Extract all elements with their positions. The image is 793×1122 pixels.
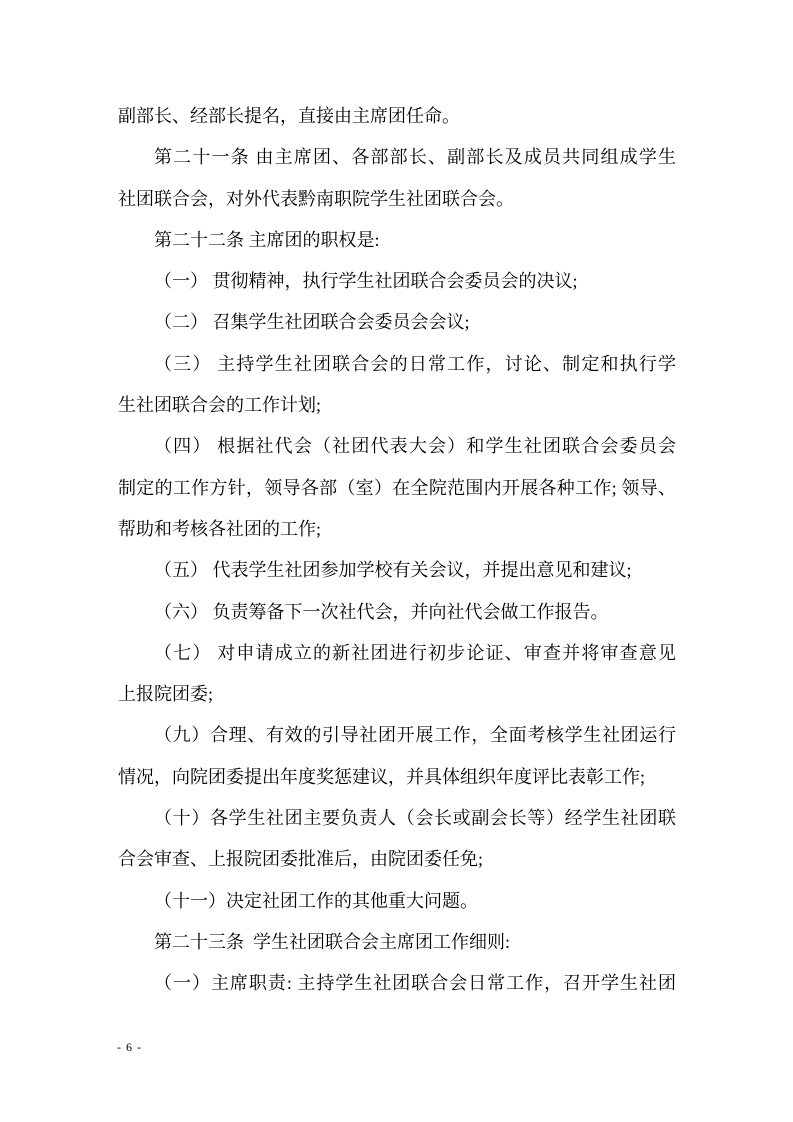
text-line: （一） 贯彻精神，执行学生社团联合会委员会的决议; bbox=[118, 261, 676, 302]
paragraph: 第二十一条 由主席团、各部部长、副部长及成员共同组成学生社团联合会，对外代表黔南… bbox=[118, 137, 676, 220]
text-line: （二） 召集学生社团联合会委员会会议; bbox=[118, 302, 676, 343]
text-line: 情况，向院团委提出年度奖惩建议，并具体组织年度评比表彰工作; bbox=[118, 757, 676, 798]
text-line: 第二十三条 学生社团联合会主席团工作细则: bbox=[118, 922, 676, 963]
paragraph: （九）合理、有效的引导社团开展工作，全面考核学生社团运行情况，向院团委提出年度奖… bbox=[118, 715, 676, 798]
paragraph: （三） 主持学生社团联合会的日常工作，讨论、制定和执行学生社团联合会的工作计划; bbox=[118, 344, 676, 427]
text-line: （一）主席职责: 主持学生社团联合会日常工作，召开学生社团 bbox=[118, 963, 676, 1004]
document-body: 副部长、经部长提名，直接由主席团任命。第二十一条 由主席团、各部部长、副部长及成… bbox=[118, 96, 676, 1005]
paragraph: （六） 负责筹备下一次社代会，并向社代会做工作报告。 bbox=[118, 592, 676, 633]
paragraph: （十）各学生社团主要负责人（会长或副会长等）经学生社团联合会审查、上报院团委批准… bbox=[118, 798, 676, 881]
paragraph: （五） 代表学生社团参加学校有关会议，并提出意见和建议; bbox=[118, 550, 676, 591]
paragraph: 第二十二条 主席团的职权是: bbox=[118, 220, 676, 261]
text-line: （十）各学生社团主要负责人（会长或副会长等）经学生社团联 bbox=[118, 798, 676, 839]
text-line: 制定的工作方针，领导各部（室）在全院范围内开展各种工作; 领导、 bbox=[118, 468, 676, 509]
paragraph: （二） 召集学生社团联合会委员会会议; bbox=[118, 302, 676, 343]
text-line: 帮助和考核各社团的工作; bbox=[118, 509, 676, 550]
paragraph: 第二十三条 学生社团联合会主席团工作细则: bbox=[118, 922, 676, 963]
text-line: （七） 对申请成立的新社团进行初步论证、审查并将审查意见 bbox=[118, 633, 676, 674]
text-line: 第二十一条 由主席团、各部部长、副部长及成员共同组成学生 bbox=[118, 137, 676, 178]
text-line: 社团联合会，对外代表黔南职院学生社团联合会。 bbox=[118, 179, 676, 220]
paragraph: （一） 贯彻精神，执行学生社团联合会委员会的决议; bbox=[118, 261, 676, 302]
document-page: 副部长、经部长提名，直接由主席团任命。第二十一条 由主席团、各部部长、副部长及成… bbox=[0, 0, 793, 1122]
text-line: （四） 根据社代会（社团代表大会）和学生社团联合会委员会 bbox=[118, 426, 676, 467]
text-line: （三） 主持学生社团联合会的日常工作，讨论、制定和执行学 bbox=[118, 344, 676, 385]
text-line: 生社团联合会的工作计划; bbox=[118, 385, 676, 426]
text-line: （六） 负责筹备下一次社代会，并向社代会做工作报告。 bbox=[118, 592, 676, 633]
paragraph: 副部长、经部长提名，直接由主席团任命。 bbox=[118, 96, 676, 137]
paragraph: （四） 根据社代会（社团代表大会）和学生社团联合会委员会制定的工作方针，领导各部… bbox=[118, 426, 676, 550]
text-line: 合会审查、上报院团委批准后，由院团委任免; bbox=[118, 839, 676, 880]
text-line: （九）合理、有效的引导社团开展工作，全面考核学生社团运行 bbox=[118, 715, 676, 756]
paragraph: （一）主席职责: 主持学生社团联合会日常工作，召开学生社团 bbox=[118, 963, 676, 1004]
paragraph: （七） 对申请成立的新社团进行初步论证、审查并将审查意见上报院团委; bbox=[118, 633, 676, 716]
page-number: - 6 - bbox=[117, 1038, 142, 1056]
text-line: （五） 代表学生社团参加学校有关会议，并提出意见和建议; bbox=[118, 550, 676, 591]
paragraph: （十一）决定社团工作的其他重大问题。 bbox=[118, 881, 676, 922]
text-line: 上报院团委; bbox=[118, 674, 676, 715]
text-line: 副部长、经部长提名，直接由主席团任命。 bbox=[118, 96, 676, 137]
text-line: （十一）决定社团工作的其他重大问题。 bbox=[118, 881, 676, 922]
text-line: 第二十二条 主席团的职权是: bbox=[118, 220, 676, 261]
